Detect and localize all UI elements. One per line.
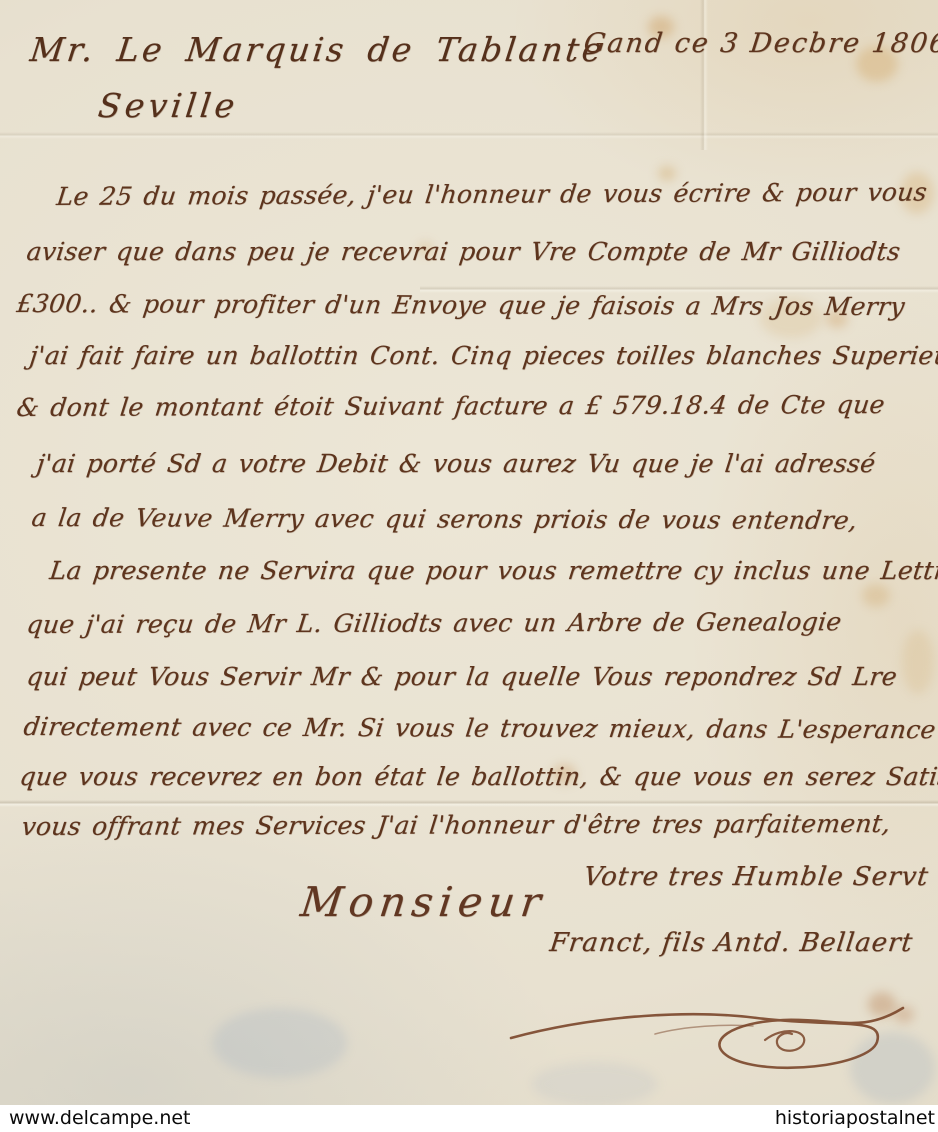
signature: Franct, fils Antd. Bellaert	[548, 928, 915, 958]
letter-line: vous offrant mes Services J'ai l'honneur…	[20, 809, 892, 841]
paper-smudge	[850, 1032, 935, 1104]
letter-line: directement avec ce Mr. Si vous le trouv…	[22, 712, 938, 744]
paper-stain	[894, 1006, 914, 1023]
recipient-city: Seville	[96, 86, 241, 125]
dateline: Gand ce 3 Decbre 1806:	[582, 28, 938, 59]
closing-valediction: Votre tres Humble Servt	[582, 862, 931, 892]
paper-stain	[862, 584, 890, 607]
letter-line: j'ai fait faire un ballottin Cont. Cinq …	[28, 341, 938, 370]
recipient-name: Mr. Le Marquis de Tablante	[28, 30, 607, 69]
fold-crease	[700, 0, 708, 150]
letter-line: qui peut Vous Servir Mr & pour la quelle…	[25, 662, 899, 691]
fold-crease	[0, 800, 938, 807]
watermark-bar: www.delcampe.net historiapostalnet	[0, 1105, 938, 1132]
watermark-left: www.delcampe.net	[9, 1105, 191, 1132]
letter-line: a la de Veuve Merry avec qui serons prio…	[30, 503, 859, 535]
letter-line: Le 25 du mois passée, j'eu l'honneur de …	[55, 177, 929, 211]
letter-line: £300.. & pour profiter d'un Envoye que j…	[15, 289, 906, 321]
closing-salutation: Monsieur	[298, 878, 549, 926]
letter-line: & dont le montant étoit Suivant facture …	[15, 390, 886, 422]
paper-stain	[902, 630, 934, 694]
paper-smudge	[532, 1062, 657, 1106]
letter-line: aviser que dans peu je recevrai pour Vre…	[25, 237, 902, 266]
paper-smudge	[212, 1008, 347, 1078]
letter-scan: Mr. Le Marquis de Tablante Seville Gand …	[0, 0, 938, 1132]
paper-stain	[868, 992, 896, 1017]
letter-line: que j'ai reçu de Mr L. Gilliodts avec un…	[25, 607, 843, 639]
letter-line: La presente ne Servira que pour vous rem…	[48, 556, 938, 585]
signature-flourish-icon	[505, 966, 910, 1076]
watermark-right: historiapostalnet	[775, 1105, 935, 1132]
letter-line: j'ai porté Sd a votre Debit & vous aurez…	[35, 449, 877, 478]
fold-crease	[0, 132, 938, 139]
letter-line: que vous recevrez en bon état le ballott…	[18, 762, 938, 791]
